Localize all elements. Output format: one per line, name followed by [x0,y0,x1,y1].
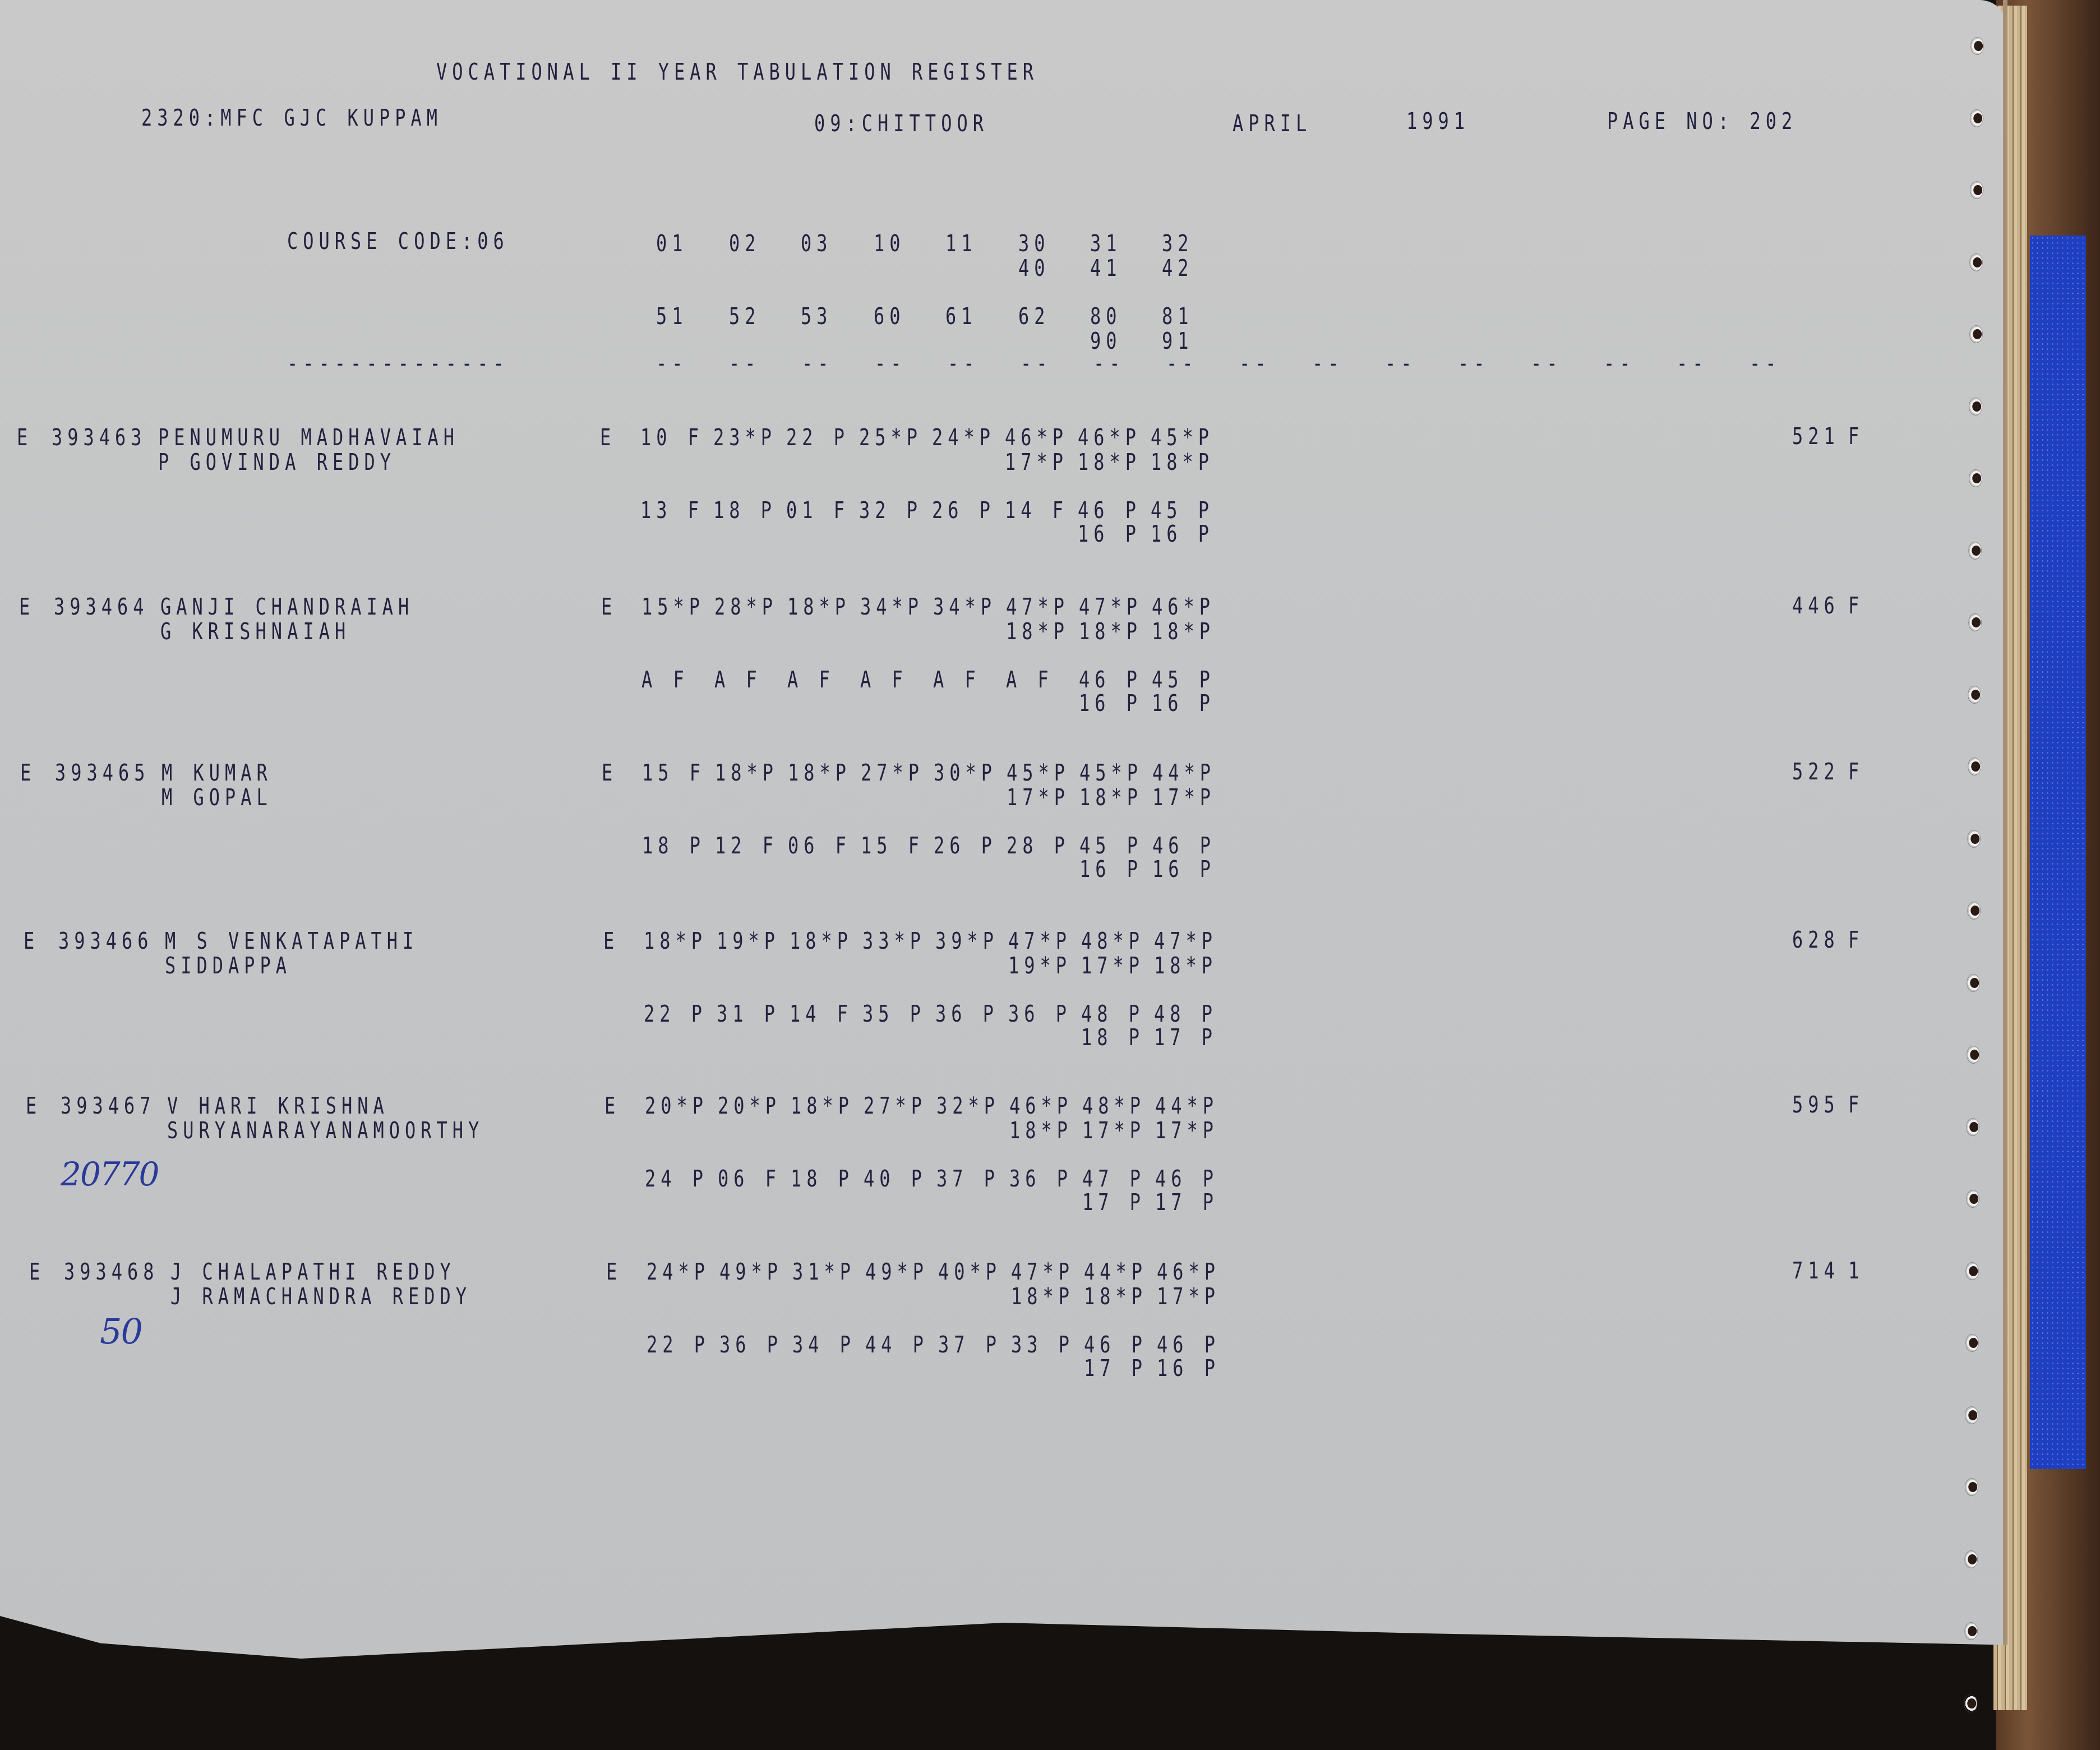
mark-cell: 22 P [786,426,850,449]
subject-code: 02 [729,232,761,255]
mark-cell: 14 F [1005,499,1068,521]
mark-cell: 15 F [861,834,924,857]
subject-code: 30 [1018,232,1050,255]
subject-code: 11 [945,232,977,255]
entry-flag: E [26,1095,41,1117]
mark-cell: 45*P [1151,426,1214,449]
mark-cell: 19*P [717,930,780,952]
mark-cell: 16 P [1079,692,1142,714]
mark-cell: 47*P [1008,930,1072,952]
mark-cell: 46 P [1078,499,1141,521]
feed-hole-icon [1968,542,1982,560]
feed-hole-icon [1970,37,1984,55]
mark-cell: 34 P [792,1333,856,1356]
mark-cell: A F [860,668,908,691]
column-rule: -- [1312,352,1344,375]
registration-number: 393467 [61,1095,156,1117]
mark-cell: 32 P [859,499,922,521]
handwritten-note: 20770 [61,1155,159,1193]
mark-cell: 18*P [1006,620,1069,643]
feed-hole-icon [1965,1478,1978,1496]
mark-cell: 37 P [938,1333,1001,1356]
parent-name: J RAMACHANDRA REDDY [170,1285,472,1308]
subject-code: 61 [945,305,977,327]
mark-cell: 47*P [1079,595,1142,618]
exam-flag: E [606,1260,622,1283]
mark-cell: 27*P [861,761,924,784]
mark-cell: 48 P [1154,1003,1217,1025]
mark-cell: 17 P [1084,1357,1147,1379]
handwritten-note: 50 [100,1311,142,1352]
mark-cell: 34*P [860,595,924,618]
feed-hole-icon [1964,1622,1978,1640]
mark-cell: 44*P [1155,1095,1219,1117]
feed-hole-icon [1966,1118,1979,1136]
mark-cell: 18*P [1151,451,1214,473]
tractor-feed-holes [1963,0,1985,1705]
entry-flag: E [29,1260,45,1283]
column-rule: -- [1531,352,1563,375]
mark-cell: 47*P [1011,1260,1074,1283]
student-name: GANJI CHANDRAIAH [160,595,414,618]
feed-hole-icon [1969,253,1983,271]
column-rule: -- [1239,352,1271,375]
result-code: 1 [1848,1259,1864,1282]
mark-cell: 18*P [1154,954,1217,977]
mark-cell: 18 P [1081,1026,1144,1049]
mark-cell: 46 P [1155,1167,1219,1190]
column-rule: -- [802,352,834,375]
feed-hole-icon [1970,181,1983,199]
total-marks: 628 [1792,929,1840,951]
subject-code: 91 [1162,330,1194,352]
feed-hole-icon [1967,974,1980,992]
mark-cell: 22 P [644,1003,707,1025]
mark-cell: 18*P [790,930,853,952]
mark-cell: 17*P [1082,1119,1146,1142]
mark-cell: 17*P [1081,954,1144,977]
result-code: F [1848,760,1864,783]
feed-hole-icon [1965,1406,1978,1424]
result-code: F [1848,425,1864,447]
column-rule: -- [656,352,688,375]
mark-cell: 17*P [1007,786,1070,809]
result-code: F [1848,1093,1864,1116]
mark-cell: 37 P [936,1167,1000,1190]
mark-cell: 47 P [1082,1167,1146,1190]
feed-hole-icon [1964,1550,1978,1568]
subject-code: 31 [1090,232,1122,255]
mark-cell: 18*P [1078,451,1141,473]
column-rule: -- [1458,352,1490,375]
entry-flag: E [19,595,35,618]
mark-cell: 45*P [1079,761,1143,784]
mark-cell: 20*P [645,1095,708,1117]
exam-flag: E [600,426,616,449]
mark-cell: 16 P [1079,858,1143,880]
mark-cell: 36 P [1009,1167,1073,1190]
registration-number: 393463 [52,426,147,449]
mark-cell: 48*P [1081,930,1144,952]
mark-cell: 40*P [938,1260,1001,1283]
mark-cell: 45 P [1152,668,1215,691]
feed-hole-icon [1969,325,1983,343]
mark-cell: 44*P [1084,1260,1147,1283]
mark-cell: A F [1006,668,1054,691]
subject-code: 40 [1018,257,1050,279]
mark-cell: A F [933,668,981,691]
student-name: PENUMURU MADHAVAIAH [158,426,459,449]
mark-cell: 46 P [1079,668,1142,691]
mark-cell: A F [641,668,689,691]
total-marks: 521 [1792,425,1840,447]
mark-cell: 36 P [935,1003,999,1025]
mark-cell: 49*P [865,1260,929,1283]
mark-cell: 10 F [640,426,704,449]
mark-cell: 24*P [647,1260,710,1283]
district-code: 09:CHITTOOR [814,112,989,135]
mark-cell: 25*P [859,426,922,449]
mark-cell: 46 P [1152,834,1216,857]
register-page: VOCATIONAL II YEAR TABULATION REGISTER 2… [0,0,2007,1705]
total-marks: 522 [1792,760,1840,783]
mark-cell: 35 P [862,1003,926,1025]
feed-hole-icon [1967,830,1981,848]
feed-hole-icon [1968,613,1982,631]
mark-cell: 15*P [641,595,705,618]
mark-cell: 19*P [1008,954,1072,977]
mark-cell: 12 F [715,834,778,857]
mark-cell: 45 P [1151,499,1214,521]
exam-flag: E [601,595,617,618]
mark-cell: 31*P [792,1260,856,1283]
registration-number: 393468 [64,1260,159,1283]
mark-cell: 16 P [1157,1357,1220,1379]
mark-cell: 45 P [1079,834,1143,857]
feed-hole-icon [1967,1046,1980,1064]
student-name: M KUMAR [161,761,273,784]
entry-flag: E [17,426,33,449]
mark-cell: 18*P [1009,1119,1073,1142]
subject-code: 03 [801,232,833,255]
mark-cell: 49*P [719,1260,783,1283]
mark-cell: 31 P [717,1003,780,1025]
mark-cell: 18*P [788,761,851,784]
column-rule: -- [1166,352,1198,375]
mark-cell: 17 P [1155,1191,1219,1213]
mark-cell: 40 P [864,1167,927,1190]
subject-code: 53 [801,305,833,327]
mark-cell: 34*P [933,595,996,618]
mark-cell: 18*P [1152,620,1215,643]
mark-cell: 18*P [1084,1285,1147,1308]
subject-code: 32 [1162,232,1194,255]
name-column-rule: -------------- [287,352,509,375]
register-title: VOCATIONAL II YEAR TABULATION REGISTER [436,61,1039,83]
column-rule: -- [729,352,761,375]
mark-cell: 22 P [647,1333,710,1356]
mark-cell: 15 F [642,761,705,784]
total-marks: 446 [1792,594,1840,617]
feed-hole-icon [1965,1334,1979,1352]
registration-number: 393465 [55,761,150,784]
mark-cell: 13 F [640,499,704,521]
mark-cell: 18*P [644,930,707,952]
subject-code: 60 [874,305,906,327]
column-rule: -- [1677,352,1709,375]
feed-hole-icon [1968,758,1981,775]
column-rule: -- [948,352,980,375]
mark-cell: 18*P [1011,1285,1074,1308]
entry-flag: E [24,930,39,952]
mark-cell: 47*P [1154,930,1217,952]
registration-number: 393466 [58,930,154,952]
mark-cell: 39*P [935,930,999,952]
subject-code: 80 [1090,305,1122,327]
mark-cell: 46 P [1084,1333,1147,1356]
mark-cell: 18*P [1079,620,1142,643]
page-number: PAGE NO: 202 [1607,110,1797,132]
mark-cell: A F [787,668,835,691]
mark-cell: 01 F [786,499,850,521]
exam-flag: E [603,930,619,952]
subject-code: 51 [656,305,688,327]
mark-cell: 33 P [1011,1333,1074,1356]
mark-cell: 33*P [862,930,926,952]
exam-flag: E [604,1095,620,1117]
mark-cell: 28 P [1007,834,1070,857]
mark-cell: 27*P [864,1095,927,1117]
column-rule: -- [1750,352,1781,375]
mark-cell: 26 P [932,499,995,521]
result-code: F [1848,594,1864,617]
feed-hole-icon [1969,469,1982,487]
feed-hole-icon [1965,1262,1979,1280]
mark-cell: 06 F [718,1167,781,1190]
mark-cell: 47*P [1006,595,1069,618]
mark-cell: 14 F [790,1003,853,1025]
feed-hole-icon [1964,1694,1977,1712]
subject-code: 52 [729,305,761,327]
course-code-label: COURSE CODE:06 [287,230,509,252]
mark-cell: 46*P [1152,595,1215,618]
feed-hole-icon [1969,398,1982,415]
mark-cell: 17*P [1005,451,1068,473]
mark-cell: 17*P [1157,1285,1220,1308]
exam-flag: E [602,761,617,784]
mark-cell: 18*P [1079,786,1143,809]
subject-code: 10 [874,232,906,255]
mark-cell: 17*P [1152,786,1216,809]
blue-binding-tape [2030,236,2086,1469]
parent-name: SIDDAPPA [165,954,292,977]
feed-hole-icon [1970,109,1983,127]
column-rule: -- [1093,352,1125,375]
total-marks: 595 [1792,1093,1840,1116]
parent-name: P GOVINDA REDDY [158,451,396,473]
mark-cell: 28*P [714,595,778,618]
mark-cell: 24*P [932,426,995,449]
feed-hole-icon [1968,686,1981,704]
parent-name: G KRISHNAIAH [160,620,350,643]
mark-cell: 16 P [1152,692,1215,714]
subject-code: 41 [1090,257,1122,279]
mark-cell: 48*P [1082,1095,1146,1117]
mark-cell: 20*P [718,1095,781,1117]
mark-cell: 26 P [934,834,997,857]
feed-hole-icon [1966,1190,1979,1208]
mark-cell: 46*P [1009,1095,1073,1117]
subject-code: 81 [1162,305,1194,327]
parent-name: M GOPAL [161,786,273,809]
mark-cell: 46*P [1157,1260,1220,1283]
subject-code: 90 [1090,330,1122,352]
mark-cell: 16 P [1152,858,1216,880]
feed-hole-icon [1967,902,1981,920]
subject-code: 01 [656,232,688,255]
mark-cell: 23*P [713,426,777,449]
column-rule: -- [1385,352,1417,375]
registration-number: 393464 [54,595,149,618]
mark-cell: 36 P [719,1333,783,1356]
total-marks: 714 [1792,1259,1840,1282]
mark-cell: 24 P [645,1167,708,1190]
mark-cell: 16 P [1078,523,1141,545]
mark-cell: 18 P [642,834,705,857]
entry-flag: E [20,761,36,784]
subject-code: 42 [1162,257,1194,279]
mark-cell: 44*P [1152,761,1216,784]
student-name: V HARI KRISHNA [167,1095,389,1117]
mark-cell: 46*P [1005,426,1068,449]
column-rule: -- [875,352,907,375]
mark-cell: 32*P [936,1095,1000,1117]
student-name: M S VENKATAPATHI [165,930,418,952]
mark-cell: 30*P [934,761,997,784]
college-code: 2320:MFC GJC KUPPAM [141,107,442,129]
mark-cell: 17 P [1154,1026,1217,1049]
mark-cell: 48 P [1081,1003,1144,1025]
mark-cell: 18*P [791,1095,854,1117]
mark-cell: 18*P [787,595,851,618]
mark-cell: 16 P [1151,523,1214,545]
parent-name: SURYANARAYANAMOORTHY [167,1119,484,1142]
mark-cell: 46*P [1078,426,1141,449]
student-name: J CHALAPATHI REDDY [170,1260,456,1283]
mark-cell: 06 F [788,834,851,857]
column-rule: -- [1604,352,1636,375]
result-code: F [1848,929,1864,951]
mark-cell: 18 P [713,499,777,521]
column-rule: -- [1021,352,1053,375]
mark-cell: 18 P [791,1167,854,1190]
mark-cell: 18*P [715,761,778,784]
mark-cell: 17 P [1082,1191,1146,1213]
mark-cell: A F [714,668,762,691]
subject-code: 62 [1018,305,1050,327]
mark-cell: 46 P [1157,1333,1220,1356]
exam-month: APRIL [1233,112,1312,135]
mark-cell: 36 P [1008,1003,1072,1025]
mark-cell: 45*P [1007,761,1070,784]
exam-year: 1991 [1406,110,1470,132]
mark-cell: 44 P [865,1333,929,1356]
mark-cell: 17*P [1155,1119,1219,1142]
